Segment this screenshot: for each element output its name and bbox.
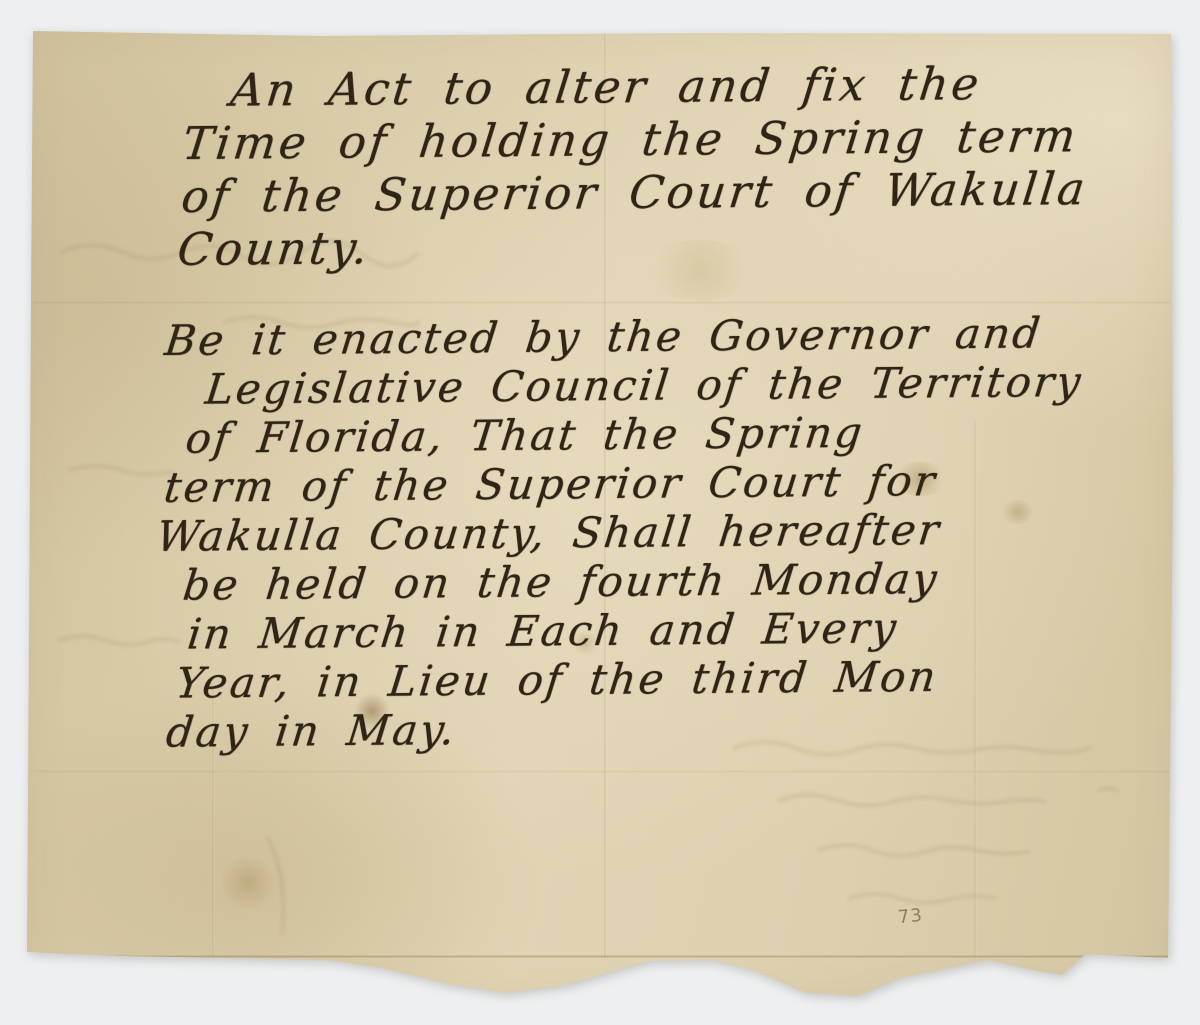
act-body: Be it enacted by the Governor and Legisl… <box>118 308 1091 757</box>
paper-shadow: An Act to alter and fix the Time of hold… <box>0 0 1200 1025</box>
body-line: Wakulla County, Shall hereafter <box>154 504 1069 561</box>
body-line: Legislative Council of the Territory <box>203 357 1086 414</box>
manuscript-page: An Act to alter and fix the Time of hold… <box>0 0 1200 1025</box>
body-line: Be it enacted by the Governor and <box>162 308 1091 365</box>
fold-crease-bottom-edge <box>28 955 1168 958</box>
title-line: Time of holding the Spring term <box>180 109 1097 170</box>
body-line: Year, in Lieu of the third Mon <box>173 651 1052 708</box>
body-line: in March in Each and Every <box>185 602 1058 659</box>
paper-stain <box>222 852 274 914</box>
title-line: County. <box>175 215 1085 276</box>
fold-crease-horizontal-lower <box>30 770 1170 773</box>
title-line: An Act to alter and fix the <box>228 56 1103 117</box>
page-number-annotation: 73 <box>897 905 924 928</box>
title-line: of the Superior Court of Wakulla <box>179 162 1091 223</box>
body-line: of Florida, That the Spring <box>183 406 1080 463</box>
document-scan: An Act to alter and fix the Time of hold… <box>0 0 1200 1025</box>
fold-crease-horizontal-upper <box>33 301 1171 304</box>
body-line: be held on the fourth Monday <box>181 553 1064 610</box>
act-title: An Act to alter and fix the Time of hold… <box>168 56 1103 276</box>
body-line: day in May. <box>164 700 1047 757</box>
body-line: term of the Superior Court for <box>162 455 1075 512</box>
